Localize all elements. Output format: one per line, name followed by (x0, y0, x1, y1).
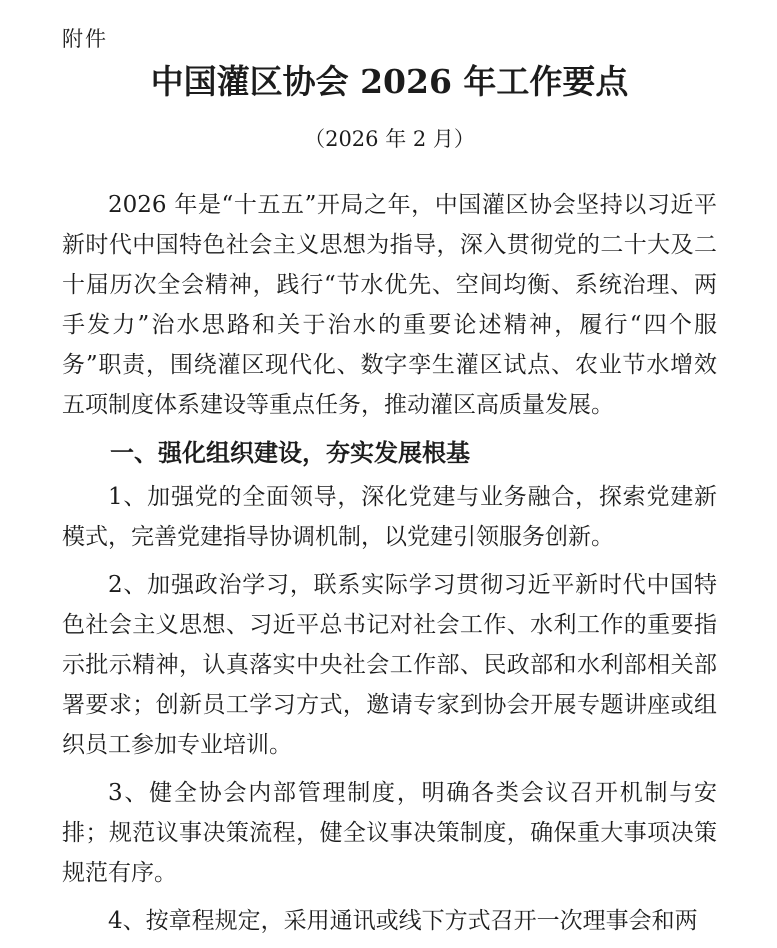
section-1-item-2: 2、加强政治学习，联系实际学习贯彻习近平新时代中国特色社会主义思想、习近平总书记… (62, 565, 717, 765)
section-1-heading: 一、强化组织建设，夯实发展根基 (62, 433, 717, 473)
document-date-line: （2026 年 2 月） (62, 126, 717, 152)
document-title: 中国灌区协会 2026 年工作要点 (62, 62, 717, 102)
attachment-label: 附件 (62, 26, 717, 52)
document-page: 附件 中国灌区协会 2026 年工作要点 （2026 年 2 月） 2026 年… (0, 0, 777, 948)
section-1-item-3: 3、健全协会内部管理制度，明确各类会议召开机制与安排；规范议事决策流程，健全议事… (62, 773, 717, 893)
intro-paragraph: 2026 年是“十五五”开局之年，中国灌区协会坚持以习近平新时代中国特色社会主义… (62, 185, 717, 425)
section-1-item-1: 1、加强党的全面领导，深化党建与业务融合，探索党建新模式，完善党建指导协调机制，… (62, 477, 717, 557)
section-1-item-4: 4、按章程规定，采用通讯或线下方式召开一次理事会和两 (62, 901, 717, 941)
